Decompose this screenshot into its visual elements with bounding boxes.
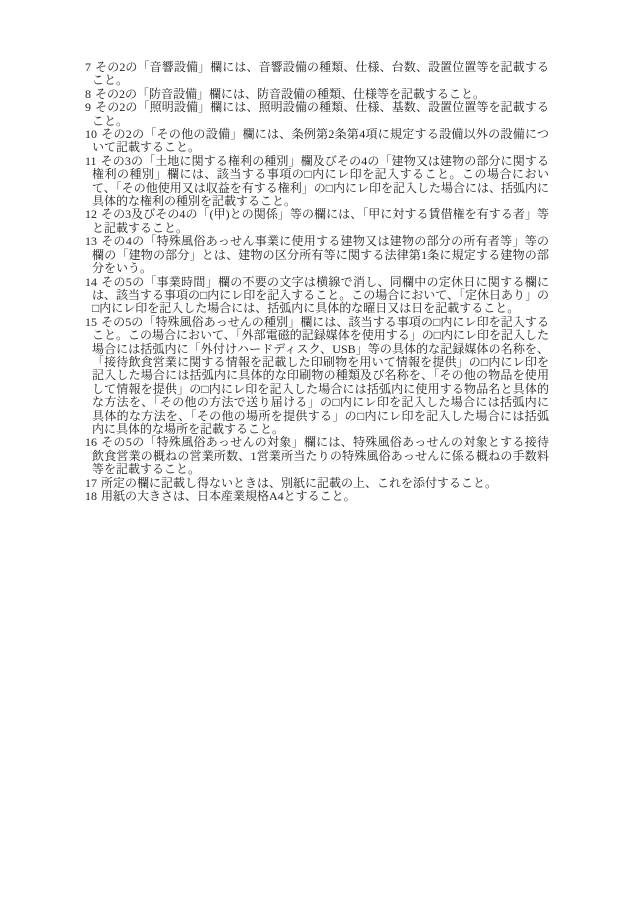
item-number: 7 bbox=[85, 60, 91, 74]
item-text: その2の「その他の設備」欄には、条例第2条第4項に規定する設備以外の設備について… bbox=[92, 127, 549, 154]
item-text: その2の「防音設備」欄には、防音設備の種類、仕様等を記載すること。 bbox=[95, 87, 485, 101]
instructions-list: 7その2の「音響設備」欄には、音響設備の種類、仕様、台数、設置位置等を記載するこ… bbox=[85, 61, 549, 503]
list-item: 10その2の「その他の設備」欄には、条例第2条第4項に規定する設備以外の設備につ… bbox=[85, 128, 549, 155]
item-text: 所定の欄に記載し得ないときは、別紙に記載の上、これを添付すること。 bbox=[101, 476, 497, 490]
item-text: その2の「音響設備」欄には、音響設備の種類、仕様、台数、設置位置等を記載すること… bbox=[92, 60, 549, 87]
list-item: 9その2の「照明設備」欄には、照明設備の種類、仕様、基数、設置位置等を記載するこ… bbox=[85, 101, 549, 128]
list-item: 12その3及びその4の「(甲)との関係」等の欄には、「甲に対する賃借権を有する者… bbox=[85, 208, 549, 235]
list-item: 11その3の「土地に関する権利の種別」欄及びその4の「建物又は建物の部分に関する… bbox=[85, 155, 549, 209]
item-number: 16 bbox=[85, 435, 97, 449]
list-item: 13その4の「特殊風俗あっせん事業に使用する建物又は建物の部分の所有者等」等の欄… bbox=[85, 235, 549, 275]
item-text: その3及びその4の「(甲)との関係」等の欄には、「甲に対する賃借権を有する者」等… bbox=[92, 207, 549, 234]
item-number: 11 bbox=[85, 154, 97, 168]
item-text: その2の「照明設備」欄には、照明設備の種類、仕様、基数、設置位置等を記載すること… bbox=[92, 100, 549, 127]
item-number: 18 bbox=[85, 489, 97, 503]
list-item: 18用紙の大きさは、日本産業規格A4とすること。 bbox=[85, 490, 549, 503]
item-number: 14 bbox=[85, 275, 97, 289]
document-page: 7その2の「音響設備」欄には、音響設備の種類、仕様、台数、設置位置等を記載するこ… bbox=[0, 0, 630, 903]
list-item: 7その2の「音響設備」欄には、音響設備の種類、仕様、台数、設置位置等を記載するこ… bbox=[85, 61, 549, 88]
list-item: 14その5の「事業時間」欄の不要の文字は横線で消し、同欄中の定休日に関する欄には… bbox=[85, 276, 549, 316]
item-number: 8 bbox=[85, 87, 91, 101]
item-text: その5の「事業時間」欄の不要の文字は横線で消し、同欄中の定休日に関する欄には、該… bbox=[92, 275, 549, 316]
item-number: 17 bbox=[85, 476, 97, 490]
list-item: 16その5の「特殊風俗あっせんの対象」欄には、特殊風俗あっせんの対象とする接待飲… bbox=[85, 436, 549, 476]
item-text: その3の「土地に関する権利の種別」欄及びその4の「建物又は建物の部分に関する権利… bbox=[92, 154, 549, 208]
item-number: 12 bbox=[85, 207, 97, 221]
item-number: 10 bbox=[85, 127, 97, 141]
item-number: 13 bbox=[85, 234, 97, 248]
item-text: 用紙の大きさは、日本産業規格A4とすること。 bbox=[101, 489, 356, 503]
list-item: 17所定の欄に記載し得ないときは、別紙に記載の上、これを添付すること。 bbox=[85, 477, 549, 490]
item-number: 15 bbox=[85, 315, 97, 329]
item-text: その4の「特殊風俗あっせん事業に使用する建物又は建物の部分の所有者等」等の欄の「… bbox=[92, 234, 549, 275]
item-text: その5の「特殊風俗あっせんの種別」欄には、該当する事項の□内にレ印を記入すること… bbox=[92, 315, 549, 436]
item-text: その5の「特殊風俗あっせんの対象」欄には、特殊風俗あっせんの対象とする接待飲食営… bbox=[92, 435, 549, 476]
item-number: 9 bbox=[85, 100, 91, 114]
list-item: 15その5の「特殊風俗あっせんの種別」欄には、該当する事項の□内にレ印を記入する… bbox=[85, 316, 549, 437]
